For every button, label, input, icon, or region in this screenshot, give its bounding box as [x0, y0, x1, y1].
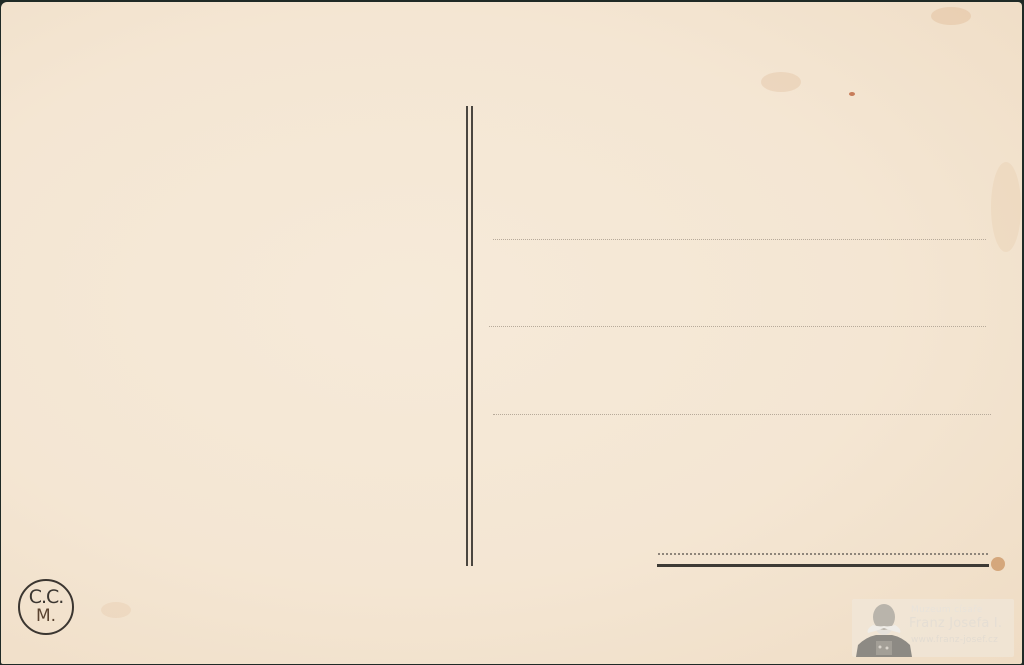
- age-stain: [849, 92, 855, 96]
- age-stain: [761, 72, 801, 92]
- watermark-url: www.franz-josef.cz: [911, 635, 998, 645]
- age-stain: [931, 7, 971, 25]
- watermark-line-1: Muzeum císaře: [911, 605, 983, 615]
- emperor-portrait-icon: [854, 601, 914, 657]
- address-line-3: [493, 414, 991, 415]
- age-stain: [991, 162, 1021, 252]
- divider-rule: [466, 106, 468, 566]
- age-stain: [101, 602, 131, 618]
- postcard-back: C.C. M. Muzeum císaře Franz Josefa I. ww…: [1, 2, 1022, 664]
- watermark-line-2: Franz Josefa I.: [909, 616, 1002, 631]
- center-divider: [466, 106, 473, 566]
- signature-dotted-line: [658, 553, 988, 555]
- divider-rule: [471, 106, 473, 566]
- signature-solid-line: [657, 564, 989, 567]
- address-line-2: [489, 326, 986, 327]
- age-stain: [991, 557, 1005, 571]
- museum-watermark: Muzeum císaře Franz Josefa I. www.franz-…: [852, 599, 1014, 657]
- logo-text-top: C.C.: [20, 587, 72, 607]
- publisher-logo: C.C. M.: [18, 579, 74, 635]
- address-line-1: [493, 239, 986, 240]
- logo-text-bottom: M.: [20, 607, 72, 625]
